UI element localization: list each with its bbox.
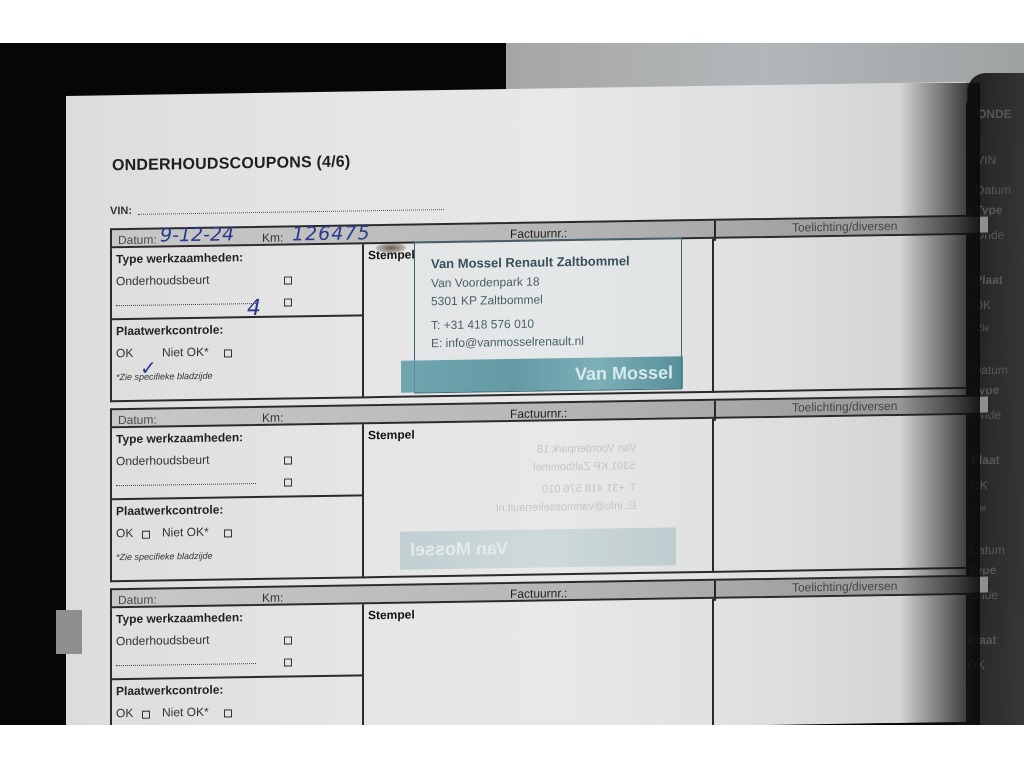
niet-ok-checkbox[interactable] — [224, 529, 232, 537]
other-work-field[interactable] — [116, 663, 256, 666]
niet-ok-checkbox[interactable] — [224, 349, 232, 357]
page-title: ONDERHOUDSCOUPONS (4/6) — [112, 154, 350, 176]
stamp-address-line1: Van Voordenpark 18 — [431, 275, 540, 291]
onderhoudsbeurt-label: Onderhoudsbeurt — [116, 633, 209, 648]
other-work-checkbox[interactable] — [284, 658, 292, 666]
ok-label: OK — [116, 526, 133, 540]
stamp-dealer-name: Van Mossel Renault Zaltbommel — [431, 253, 630, 271]
onderhoudsbeurt-label: Onderhoudsbeurt — [116, 453, 209, 468]
ghost-text: ONDE — [977, 107, 1012, 121]
divider — [112, 674, 364, 680]
photo-background: ONDE VIN Datum Type Onde Plaat OK *Zie D… — [0, 43, 1024, 725]
type-werkzaamheden-label: Type werkzaamheden: — [116, 610, 243, 626]
ghost-address-line2: 5301 KP Zaltbommel — [533, 460, 636, 474]
niet-ok-label: Niet OK* — [162, 705, 209, 720]
divider — [112, 314, 364, 320]
stamp-email: E: info@vanmosselrenault.nl — [431, 334, 584, 350]
type-werkzaamheden-label: Type werkzaamheden: — [116, 250, 243, 266]
ok-label: OK — [116, 706, 133, 720]
niet-ok-checkbox[interactable] — [224, 709, 232, 717]
factuurnr-label: Factuurnr.: — [510, 586, 567, 601]
footnote: *Zie specifieke bladzijde — [116, 551, 213, 563]
page-curl-shadow — [900, 83, 980, 725]
stamp-logo-text: Van Mossel — [575, 362, 673, 385]
onderhoudsbeurt-checkbox[interactable] — [284, 456, 292, 464]
work-type-box: Type werkzaamheden: Onderhoudsbeurt Plaa… — [110, 424, 364, 582]
ok-label: OK — [116, 346, 133, 360]
datum-label: Datum: — [118, 233, 157, 248]
ghost-email: E: info@vanmosselrenault.nl — [496, 500, 636, 514]
plaatwerkcontrole-label: Plaatwerkcontrole: — [116, 503, 223, 519]
km-label: Km: — [262, 411, 283, 425]
other-work-field[interactable] — [116, 303, 256, 306]
stamp-logo-band: Van Mossel — [401, 356, 683, 392]
onderhoudsbeurt-checkbox[interactable] — [284, 276, 292, 284]
ok-checkbox[interactable] — [142, 711, 150, 719]
plaatwerkcontrole-label: Plaatwerkcontrole: — [116, 323, 223, 339]
km-value: 126475 — [292, 222, 371, 245]
plaatwerkcontrole-label: Plaatwerkcontrole: — [116, 683, 223, 699]
ghost-logo-band: Van Mossel — [400, 527, 676, 569]
km-label: Km: — [262, 591, 283, 605]
toelichting-label: Toelichting/diversen — [792, 399, 897, 415]
ghost-text: Datum — [976, 183, 1012, 197]
divider — [112, 494, 364, 500]
work-type-box: Type werkzaamheden: Onderhoudsbeurt Plaa… — [110, 604, 364, 725]
other-work-checkbox[interactable] — [284, 478, 292, 486]
stamp-address-line2: 5301 KP Zaltbommel — [431, 293, 543, 309]
other-work-field[interactable] — [116, 483, 256, 486]
coupon-page: ONDERHOUDSCOUPONS (4/6) VIN: Datum: 9-12… — [66, 82, 966, 725]
factuurnr-label: Factuurnr.: — [510, 406, 567, 421]
ghost-address-line1: Van Voordenpark 18 — [537, 442, 636, 456]
toelichting-label: Toelichting/diversen — [792, 219, 897, 235]
stempel-label: Stempel — [368, 248, 415, 263]
page-tab-marker — [56, 610, 82, 654]
toelichting-label: Toelichting/diversen — [792, 579, 897, 595]
niet-ok-label: Niet OK* — [162, 525, 209, 540]
datum-label: Datum: — [118, 413, 157, 428]
ghost-phone: T: +31 418 576 010 — [542, 482, 637, 495]
type-werkzaamheden-label: Type werkzaamheden: — [116, 430, 243, 446]
other-work-checkbox[interactable] — [284, 298, 292, 306]
stempel-label: Stempel — [368, 608, 415, 623]
stempel-box: Stempel Van Mossel Renault Zaltbommel Va… — [364, 239, 714, 398]
stempel-box: Stempel Van Voordenpark 18 5301 KP Zaltb… — [364, 419, 714, 578]
datum-value: 9-12-24 — [160, 223, 234, 246]
coupon-1: Datum: 9-12-24 Km: 126475 Factuurnr.: To… — [110, 214, 1010, 228]
km-label: Km: — [262, 231, 283, 245]
stamp-imprint-ghost: Van Voordenpark 18 5301 KP Zaltbommel T:… — [400, 423, 676, 569]
work-type-box: Type werkzaamheden: Onderhoudsbeurt 4 Pl… — [110, 244, 364, 402]
vin-field[interactable] — [138, 209, 444, 215]
stamp-phone: T: +31 418 576 010 — [431, 317, 534, 333]
niet-ok-label: Niet OK* — [162, 345, 209, 360]
ok-checkbox[interactable] — [142, 531, 150, 539]
onderhoudsbeurt-label: Onderhoudsbeurt — [116, 273, 209, 288]
stempel-box: Stempel — [364, 599, 714, 725]
vin-label: VIN: — [110, 205, 132, 217]
onderhoudsbeurt-checkbox[interactable] — [284, 636, 292, 644]
dealer-stamp: Van Mossel Renault Zaltbommel Van Voorde… — [414, 237, 682, 393]
ghost-logo-text: Van Mossel — [410, 538, 508, 561]
footnote: *Zie specifieke bladzijde — [116, 371, 213, 383]
datum-label: Datum: — [118, 593, 157, 608]
